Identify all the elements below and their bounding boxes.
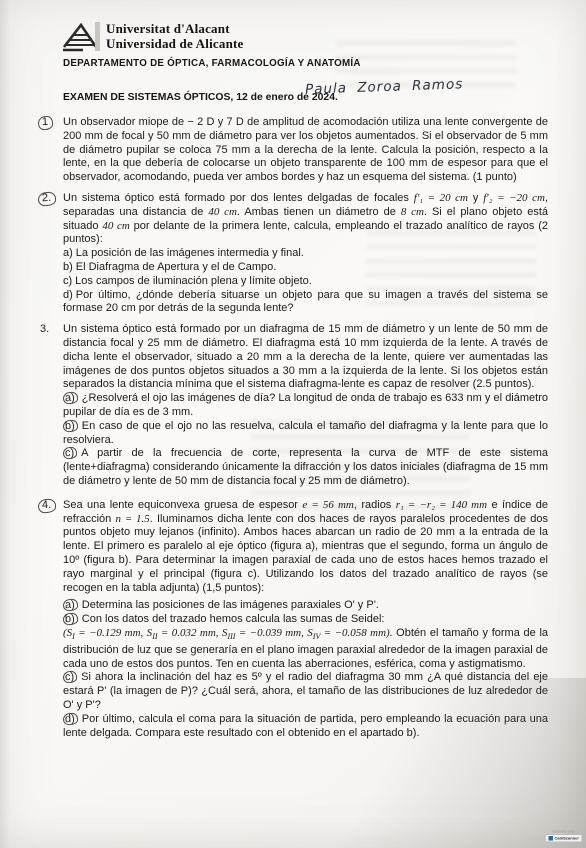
question-4-item-c: c)Si ahora la inclinación del haz es 5º … [63, 671, 548, 712]
camscanner-watermark: Scanned with CamScanner [546, 830, 582, 842]
question-1: 1 Un observador miope de − 2 D y 7 D de … [63, 116, 548, 185]
questions-list: 1 Un observador miope de − 2 D y 7 D de … [63, 116, 548, 747]
camscanner-logo-icon [549, 836, 554, 841]
question-3: 3. Un sistema óptico está formado por un… [63, 323, 548, 489]
question-3-item-a: a)¿Resolverá el ojo las imágenes de día?… [63, 392, 548, 420]
question-2-number: 2. [38, 192, 56, 206]
question-1-text: Un observador miope de − 2 D y 7 D de am… [63, 116, 548, 185]
exam-title: EXAMEN DE SISTEMAS ÓPTICOS, 12 de enero … [63, 92, 338, 103]
question-4: 4. Sea una lente equiconvexa gruesa de e… [63, 499, 548, 741]
circled-label-c: c) [63, 447, 78, 460]
circled-label-b: b) [63, 419, 78, 432]
circled-label-a: a) [63, 392, 78, 405]
question-2: 2. Un sistema óptico está formado por do… [63, 192, 548, 316]
question-4-item-b: b)Con los datos del trazado hemos calcul… [63, 613, 548, 671]
question-1-number: 1 [38, 116, 53, 130]
university-logo-icon [61, 22, 101, 52]
question-4-item-a: a)Determina las posiciones de las imágen… [63, 599, 548, 613]
question-3-item-b: b)En caso de que el ojo no las resuelva,… [63, 420, 548, 448]
camscanner-watermark-line2: CamScanner [555, 836, 579, 841]
university-name: Universitat d'Alacant Universidad de Ali… [106, 21, 244, 51]
camscanner-badge: CamScanner [546, 835, 582, 843]
focal-length-1: f′₁ = 20 cm [414, 192, 468, 204]
question-2-item-a: a)La posición de las imágenes intermedia… [63, 247, 548, 261]
camscanner-watermark-line1: Scanned with [552, 830, 575, 834]
question-3-item-c: c)A partir de la frecuencia de corte, re… [63, 447, 548, 488]
refractive-index: n = 1.5 [115, 513, 149, 525]
circled-label-d: d) [63, 712, 78, 725]
university-name-catalan: Universitat d'Alacant [106, 21, 244, 36]
university-name-spanish: Universidad de Alicante [106, 36, 244, 51]
question-2-item-d: d)Por último, ¿dónde debería situarse un… [63, 289, 548, 317]
question-3-number: 3. [38, 323, 51, 335]
circled-label-c: c) [63, 671, 78, 684]
question-2-text: Un sistema óptico está formado por dos l… [63, 192, 548, 247]
focal-length-2: f′₂ = −20 cm [483, 192, 545, 204]
circled-label-a: a) [63, 599, 78, 612]
lens-radii: r₁ = −r₂ = 140 mm [396, 499, 487, 511]
question-2-item-c: c)Los campos de iluminación plena y lími… [63, 275, 548, 289]
scan-edge-shadow [0, 0, 10, 848]
department-title: DEPARTAMENTO DE ÓPTICA, FARMACOLOGÍA Y A… [63, 58, 361, 69]
scanned-exam-page: Universitat d'Alacant Universidad de Ali… [0, 0, 586, 848]
circled-label-b: b) [63, 613, 78, 626]
question-4-item-d: d)Por último, calcula el coma para la si… [63, 713, 548, 741]
seidel-sums: (SI = −0.129 mm, SII = 0.032 mm, SIII = … [63, 627, 392, 639]
question-4-number: 4. [38, 499, 56, 513]
handwritten-student-name: Paula Zoroa Ramos [305, 76, 464, 98]
question-2-item-b: b)El Diafragma de Apertura y el de Campo… [63, 261, 548, 275]
question-4-text: Sea una lente equiconvexa gruesa de espe… [63, 499, 548, 596]
lens-thickness: e = 56 mm [302, 499, 354, 511]
question-3-text: Un sistema óptico está formado por un di… [63, 323, 548, 392]
